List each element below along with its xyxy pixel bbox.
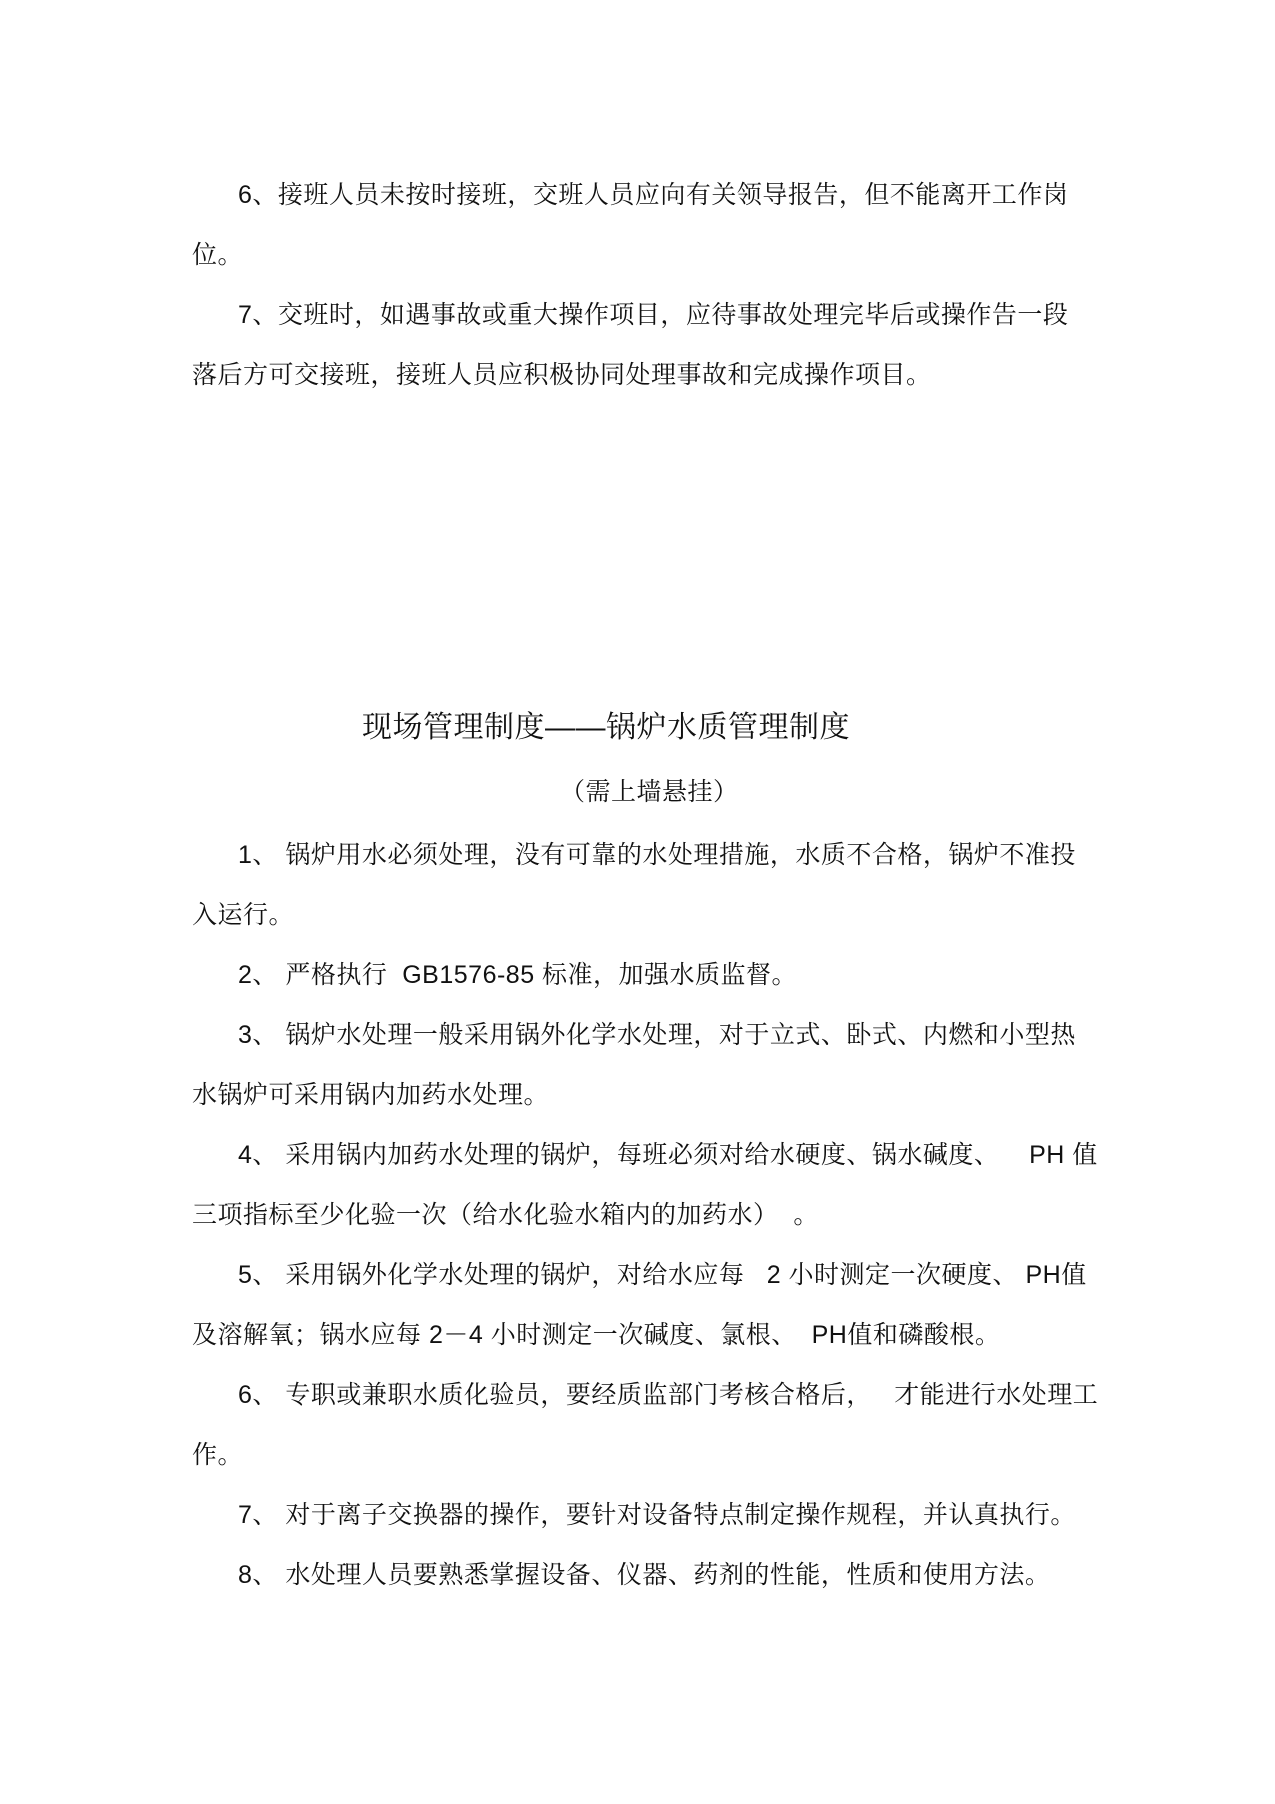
paragraph-line: 4、 采用锅内加药水处理的锅炉，每班必须对给水硬度、锅水碱度、 PH 值 — [238, 1140, 1098, 1170]
paragraph-line: 7、交班时，如遇事故或重大操作项目，应待事故处理完毕后或操作告一段 — [238, 300, 1068, 330]
paragraph-line: 6、 专职或兼职水质化验员，要经质监部门考核合格后， 才能进行水处理工 — [238, 1380, 1098, 1410]
paragraph-line: 7、 对于离子交换器的操作，要针对设备特点制定操作规程，并认真执行。 — [238, 1500, 1076, 1530]
paragraph-line: 3、 锅炉水处理一般采用锅外化学水处理，对于立式、卧式、内燃和小型热 — [238, 1020, 1076, 1050]
paragraph-line: 作。 — [192, 1440, 243, 1470]
section-subtitle: （需上墙悬挂） — [560, 777, 739, 807]
document-page: 6、接班人员未按时接班，交班人员应向有关领导报告，但不能离开工作岗 位。 7、交… — [0, 0, 1275, 1804]
paragraph-line: 5、 采用锅外化学水处理的锅炉，对给水应每 2 小时测定一次硬度、 PH值 — [238, 1260, 1087, 1290]
paragraph-line: 入运行。 — [192, 900, 294, 930]
section-title: 现场管理制度——锅炉水质管理制度 — [362, 710, 850, 746]
paragraph-line: 8、 水处理人员要熟悉掌握设备、仪器、药剂的性能，性质和使用方法。 — [238, 1560, 1050, 1590]
paragraph-line: 水锅炉可采用锅内加药水处理。 — [192, 1080, 549, 1110]
paragraph-line: 落后方可交接班，接班人员应积极协同处理事故和完成操作项目。 — [192, 360, 932, 390]
paragraph-line: 三项指标至少化验一次（给水化验水箱内的加药水） 。 — [192, 1200, 819, 1230]
paragraph-line: 2、 严格执行 GB1576-85 标准，加强水质监督。 — [238, 960, 797, 990]
paragraph-line: 1、 锅炉用水必须处理，没有可靠的水处理措施，水质不合格，锅炉不准投 — [238, 840, 1076, 870]
paragraph-line: 及溶解氧；锅水应每 2－4 小时测定一次碱度、氯根、 PH值和磷酸根。 — [192, 1320, 1000, 1350]
paragraph-line: 位。 — [192, 240, 243, 270]
paragraph-line: 6、接班人员未按时接班，交班人员应向有关领导报告，但不能离开工作岗 — [238, 180, 1068, 210]
